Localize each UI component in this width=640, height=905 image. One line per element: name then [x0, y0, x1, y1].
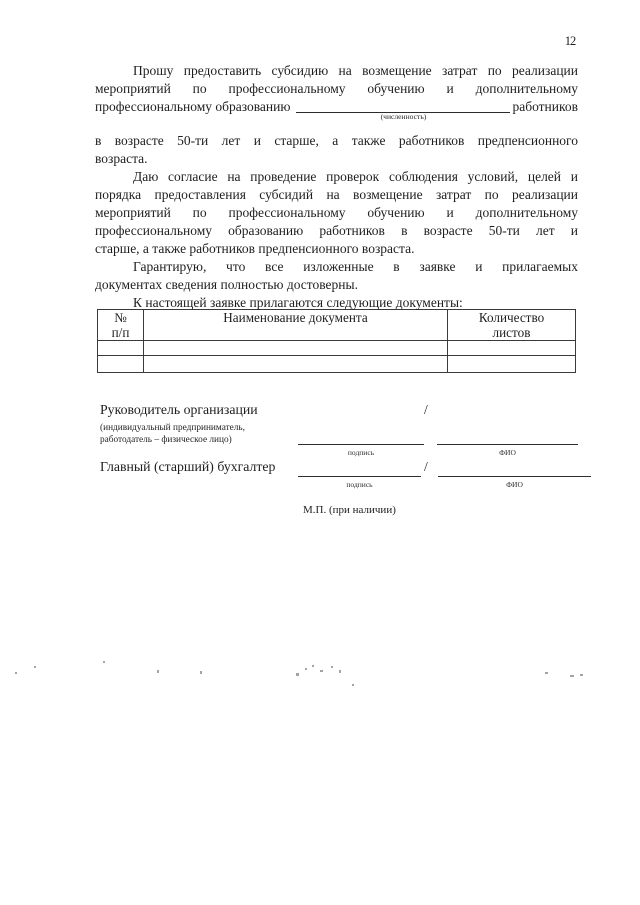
chief-accountant-label: Главный (старший) бухгалтер: [100, 459, 275, 475]
col-header-count: Количество листов: [448, 310, 576, 341]
para2-line5: старше, а также работников предпенсионно…: [95, 240, 578, 258]
col-header-num: № п/п: [98, 310, 144, 341]
blank-field-chislennost: (численность): [296, 98, 510, 113]
page-number: 12: [556, 34, 584, 49]
head-of-organization-label: Руководитель организации: [100, 402, 258, 418]
para3-line2: документах сведения полностью достоверны…: [95, 276, 578, 294]
col-header-count-line2: листов: [448, 325, 575, 340]
signature-line-head: [298, 444, 424, 445]
para1-fill-line: профессиональному образованию (численнос…: [95, 98, 578, 116]
name-line-head: [437, 444, 578, 445]
name-line-accountant: [438, 476, 591, 477]
stamp-note: М.П. (при наличии): [303, 504, 396, 516]
fio-caption: ФИО: [438, 480, 591, 489]
fio-caption: ФИО: [437, 448, 578, 457]
para3-line1: Гарантирую, что все изложенные в заявке …: [95, 258, 578, 276]
head-note-line2: работодатель – физическое лицо): [100, 434, 232, 446]
cell-num: [98, 356, 144, 373]
col-header-docname: Наименование документа: [144, 310, 448, 341]
col-header-num-line2: п/п: [98, 325, 143, 340]
signature-line-accountant: [298, 476, 421, 477]
para1-line1: Прошу предоставить субсидию на возмещени…: [95, 62, 578, 80]
slash-separator: /: [424, 459, 428, 475]
para1-line4: в возрасте 50-ти лет и старше, а также р…: [95, 132, 578, 150]
cell-docname: [144, 341, 448, 356]
document-page: 12 Прошу предоставить субсидию на возмещ…: [0, 0, 640, 905]
table-row: [98, 356, 576, 373]
table-row: [98, 341, 576, 356]
para2-line1: Даю согласие на проведение проверок собл…: [95, 168, 578, 186]
cell-docname: [144, 356, 448, 373]
col-header-count-line1: Количество: [448, 310, 575, 325]
head-note-line1: (индивидуальный предприниматель,: [100, 422, 245, 434]
col-header-num-line1: №: [98, 310, 143, 325]
cell-num: [98, 341, 144, 356]
application-body: Прошу предоставить субсидию на возмещени…: [95, 62, 578, 373]
para2-line4: профессиональному образованию работников…: [95, 222, 578, 240]
cell-count: [448, 341, 576, 356]
documents-table: № п/п Наименование документа Количество …: [97, 309, 576, 373]
para1-line3-right: работников: [512, 98, 578, 116]
cell-count: [448, 356, 576, 373]
para1-line2: мероприятий по профессиональному обучени…: [95, 80, 578, 98]
documents-table-header: № п/п Наименование документа Количество …: [98, 310, 576, 341]
para2-line3: мероприятий по профессиональному обучени…: [95, 204, 578, 222]
slash-separator: /: [424, 402, 428, 418]
para1-line3-left: профессиональному образованию: [95, 98, 290, 116]
blank-caption: (численность): [296, 112, 510, 122]
para2-line2: порядка предоставления субсидий на возме…: [95, 186, 578, 204]
para1-line5: возраста.: [95, 150, 578, 168]
signature-caption: подпись: [298, 448, 424, 457]
signature-caption: подпись: [298, 480, 421, 489]
